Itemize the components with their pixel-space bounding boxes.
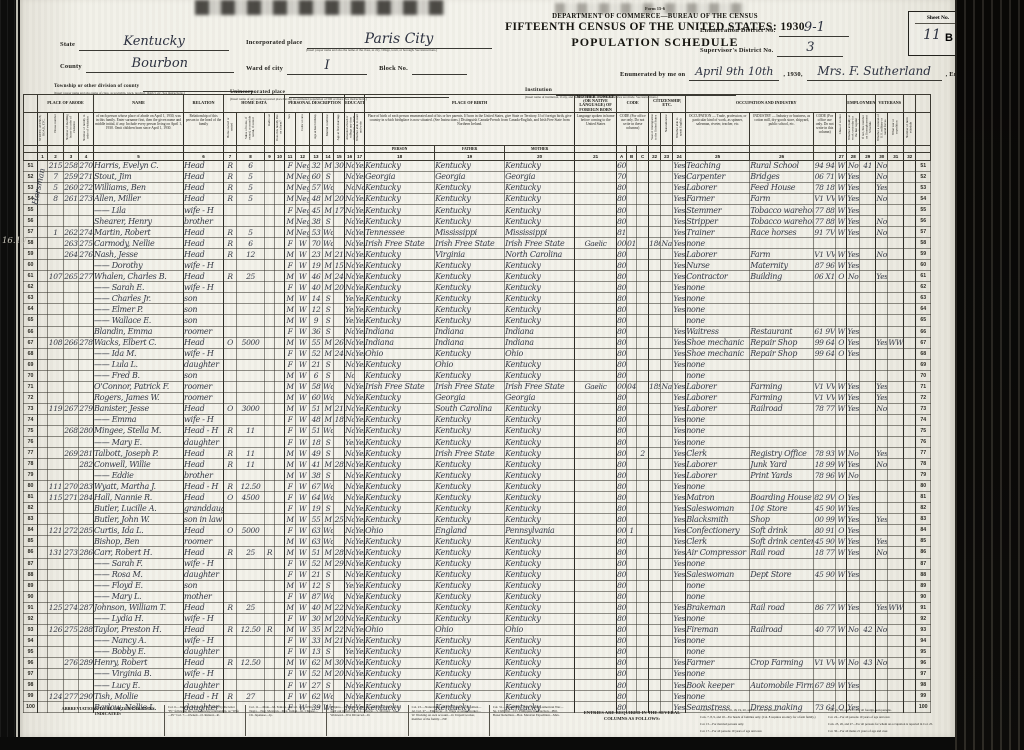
cell-fbp: Irish Free State — [435, 238, 505, 249]
cell-street — [38, 238, 48, 249]
cell-value: 27 — [237, 691, 265, 702]
table-row: 59264276Nash, JesseHeadR12MW23M21NoYesKe… — [24, 249, 931, 260]
cell-house — [48, 558, 64, 569]
cell-farm — [275, 381, 285, 392]
cell-bp: Kentucky — [365, 613, 435, 624]
cell-house: 7 — [48, 171, 64, 182]
cell-naturalization — [661, 503, 673, 514]
entries-column: Cols. 6, 11, 12, 13, 14, 16, 18, 19, 20,… — [700, 705, 822, 736]
cell-school: Yes — [345, 315, 355, 326]
cell-house: 5 — [48, 182, 64, 193]
cell-race: W — [296, 569, 310, 580]
column-number-street: 1 — [38, 152, 48, 160]
cell-sex: M — [285, 547, 296, 558]
cell-tenure — [224, 536, 237, 547]
cell-english: Yes — [673, 216, 686, 227]
cell-code_c: 2 — [637, 448, 649, 459]
cell-fbp: Kentucky — [435, 657, 505, 668]
cell-relation: roomer — [184, 381, 224, 392]
cell-unemp — [860, 613, 876, 624]
cell-school: No — [345, 160, 355, 171]
cell-fbp: Kentucky — [435, 282, 505, 293]
cell-dwelling — [64, 381, 79, 392]
column-sublabel-veteran — [876, 145, 888, 152]
column-sublabel-read_write — [355, 145, 365, 152]
cell-fbp: Kentucky — [435, 271, 505, 282]
cell-fbp: Indiana — [435, 337, 505, 348]
cell-occ_code: 18 77 — [814, 547, 836, 558]
cell-farm_sched — [904, 205, 916, 216]
cell-naturalization — [661, 624, 673, 635]
cell-line_r: 93 — [916, 624, 931, 635]
cell-war — [888, 680, 904, 691]
cell-occ_code — [814, 414, 836, 425]
cell-naturalization — [661, 470, 673, 481]
cell-dwelling — [64, 514, 79, 525]
cell-fbp: Irish Free State — [435, 448, 505, 459]
cell-unemp — [860, 569, 876, 580]
cell-value — [237, 414, 265, 425]
entries-note: Col. 30—For all males 21 years of age an… — [828, 729, 950, 733]
cell-relation: Head - H — [184, 691, 224, 702]
cell-age_married — [334, 470, 345, 481]
cell-code_a: 80 — [617, 271, 627, 282]
cell-occupation: Laborer — [686, 392, 750, 403]
cell-farm — [275, 459, 285, 470]
cell-dwelling — [64, 635, 79, 646]
cell-farm — [275, 205, 285, 216]
cell-line_l: 77 — [24, 448, 38, 459]
cell-race: W — [296, 591, 310, 602]
cell-line_l: 61 — [24, 271, 38, 282]
cell-race: W — [296, 436, 310, 447]
cell-read_write: Yes — [355, 337, 365, 348]
cell-family: 284 — [79, 492, 94, 503]
cell-family — [79, 392, 94, 403]
column-number-worker_class: 27 — [836, 152, 847, 160]
cell-english: Yes — [673, 337, 686, 348]
cell-marital: M — [323, 414, 334, 425]
cell-race: W — [296, 680, 310, 691]
cell-code_c — [637, 326, 649, 337]
cell-code_a: 80 — [617, 492, 627, 503]
cell-code_a: 80 — [617, 304, 627, 315]
cell-radio — [265, 337, 275, 348]
cell-school: No — [345, 425, 355, 436]
cell-farm_sched — [904, 315, 916, 326]
cell-occ_code: 06 71 — [814, 171, 836, 182]
cell-at_work — [847, 580, 860, 591]
cell-relation: Head — [184, 624, 224, 635]
cell-fbp: Kentucky — [435, 514, 505, 525]
cell-farm — [275, 436, 285, 447]
cell-mbp: Kentucky — [505, 635, 575, 646]
cell-line_r: 69 — [916, 359, 931, 370]
cell-english: Yes — [673, 392, 686, 403]
cell-veteran — [876, 668, 888, 679]
cell-line_r: 66 — [916, 326, 931, 337]
cell-value: 5 — [237, 171, 265, 182]
margin-note: D — [959, 228, 967, 240]
cell-mbp: Mississippi — [505, 227, 575, 238]
cell-veteran — [876, 370, 888, 381]
cell-dwelling: 271 — [64, 492, 79, 503]
table-row: 527259271Stout, JimHeadR5MNeg60SNoYesGeo… — [24, 171, 931, 182]
cell-worker_class: W — [836, 326, 847, 337]
cell-veteran — [876, 470, 888, 481]
cell-radio — [265, 646, 275, 657]
cell-race: Neg — [296, 160, 310, 171]
cell-age_married — [334, 646, 345, 657]
cell-code_b: 01 — [627, 238, 637, 249]
column-number-bp: 18 — [365, 152, 435, 160]
cell-code_c — [637, 657, 649, 668]
cell-line_l: 73 — [24, 403, 38, 414]
cell-age_married — [334, 359, 345, 370]
cell-age: 70 — [310, 238, 323, 249]
table-row: 71O'Connor, Patrick F.roomerMW58WdNoYesI… — [24, 381, 931, 392]
cell-street — [38, 646, 48, 657]
cell-code_a: 00 — [617, 238, 627, 249]
cell-tenure: R — [224, 160, 237, 171]
cell-fbp: Kentucky — [435, 193, 505, 204]
cell-value: 5000 — [237, 525, 265, 536]
cell-family: 282 — [79, 459, 94, 470]
cell-occ_code — [814, 282, 836, 293]
cell-name: Mingee, Stella M. — [94, 425, 184, 436]
cell-marital: Wd — [323, 238, 334, 249]
cell-war — [888, 249, 904, 260]
cell-naturalization — [661, 668, 673, 679]
cell-street — [38, 657, 48, 668]
cell-mbp: Irish Free State — [505, 381, 575, 392]
cell-code_c — [637, 503, 649, 514]
cell-value: 4500 — [237, 492, 265, 503]
cell-race: W — [296, 315, 310, 326]
cell-radio — [265, 205, 275, 216]
cell-tongue — [575, 470, 617, 481]
cell-line_r: 61 — [916, 271, 931, 282]
cell-naturalization — [661, 193, 673, 204]
cell-read_write: Yes — [355, 238, 365, 249]
cell-house: 119 — [48, 403, 64, 414]
cell-name: Williams, Ben — [94, 182, 184, 193]
cell-naturalization — [661, 492, 673, 503]
cell-occ_code: 78 96 — [814, 470, 836, 481]
cell-marital: M — [323, 558, 334, 569]
cell-sex: F — [285, 691, 296, 702]
cell-sex: M — [285, 271, 296, 282]
column-desc-house: House number — [48, 112, 64, 145]
cell-relation: wife - H — [184, 613, 224, 624]
cell-radio — [265, 613, 275, 624]
cell-immigration — [649, 680, 661, 691]
cell-race: W — [296, 492, 310, 503]
column-desc-occ_code: CODE (For office use only. Do not write … — [814, 112, 836, 145]
cell-dwelling — [64, 569, 79, 580]
cell-family — [79, 370, 94, 381]
cell-line_l: 68 — [24, 348, 38, 359]
column-group: OCCUPATION AND INDUSTRY — [686, 95, 847, 113]
cell-worker_class — [836, 580, 847, 591]
cell-read_write: Yes — [355, 613, 365, 624]
cell-code_c — [637, 271, 649, 282]
cell-worker_class — [836, 370, 847, 381]
cell-line_l: 60 — [24, 260, 38, 271]
cell-name: Martin, Robert — [94, 227, 184, 238]
cell-street — [38, 282, 48, 293]
cell-tongue — [575, 547, 617, 558]
cell-naturalization — [661, 260, 673, 271]
cell-house: 126 — [48, 624, 64, 635]
cell-name: Talbott, Joseph P. — [94, 448, 184, 459]
cell-veteran — [876, 348, 888, 359]
cell-industry: Rail road — [750, 602, 814, 613]
cell-line_l: 69 — [24, 359, 38, 370]
column-sublabel-line_r — [916, 145, 931, 152]
cell-radio — [265, 160, 275, 171]
cell-dwelling — [64, 436, 79, 447]
cell-bp: Kentucky — [365, 492, 435, 503]
cell-dwelling — [64, 293, 79, 304]
cell-name: Carr, Robert H. — [94, 547, 184, 558]
cell-occupation: Saleswoman — [686, 503, 750, 514]
cell-line_r: 53 — [916, 182, 931, 193]
cell-mbp: Kentucky — [505, 691, 575, 702]
cell-radio — [265, 635, 275, 646]
cell-english: Yes — [673, 657, 686, 668]
cell-age: 14 — [310, 293, 323, 304]
cell-occupation: Confectionery — [686, 525, 750, 536]
cell-occ_code — [814, 691, 836, 702]
cell-read_write: Yes — [355, 470, 365, 481]
cell-marital: Wd — [323, 691, 334, 702]
cell-immigration — [649, 481, 661, 492]
cell-name: —— Sarah E. — [94, 282, 184, 293]
cell-relation: Head — [184, 249, 224, 260]
cell-code_c — [637, 492, 649, 503]
cell-radio — [265, 370, 275, 381]
cell-immigration — [649, 547, 661, 558]
cell-mbp: North Carolina — [505, 249, 575, 260]
column-desc-war: What war or expedition — [888, 112, 904, 145]
cell-name: Allen, Miller — [94, 193, 184, 204]
table-row: 65—— Wallace E.sonMW9SYesYesKentuckyKent… — [24, 315, 931, 326]
cell-english: Yes — [673, 436, 686, 447]
cell-code_a: 00 — [617, 381, 627, 392]
cell-sex: M — [285, 227, 296, 238]
cell-bp: Kentucky — [365, 481, 435, 492]
cell-radio — [265, 304, 275, 315]
cell-mbp: Kentucky — [505, 492, 575, 503]
table-row: 81115271284Hall, Nannie R.HeadO4500FW64W… — [24, 492, 931, 503]
column-sublabel-immigration — [649, 145, 661, 152]
cell-sex: F — [285, 359, 296, 370]
supervisor-district-label: Supervisor's District No. — [700, 47, 773, 54]
cell-family — [79, 668, 94, 679]
cell-occupation: Air Compressor — [686, 547, 750, 558]
cell-bp: Kentucky — [365, 260, 435, 271]
cell-house — [48, 414, 64, 425]
cell-war — [888, 481, 904, 492]
column-number-family: 4 — [79, 152, 94, 160]
cell-marital: S — [323, 680, 334, 691]
cell-code_b — [627, 216, 637, 227]
cell-code_b — [627, 227, 637, 238]
cell-school: Yes — [345, 580, 355, 591]
cell-sex: F — [285, 348, 296, 359]
cell-veteran — [876, 635, 888, 646]
cell-mbp: Kentucky — [505, 414, 575, 425]
cell-farm — [275, 414, 285, 425]
cell-marital: M — [323, 260, 334, 271]
cell-radio — [265, 216, 275, 227]
cell-occupation: Laborer — [686, 459, 750, 470]
cell-family: 289 — [79, 657, 94, 668]
cell-street — [38, 680, 48, 691]
cell-worker_class — [836, 293, 847, 304]
cell-farm_sched — [904, 337, 916, 348]
cell-mbp: Kentucky — [505, 558, 575, 569]
table-row: 61107265277Whalen, Charles B.HeadR25MW46… — [24, 271, 931, 282]
cell-mbp: Kentucky — [505, 470, 575, 481]
cell-race: Neg — [296, 227, 310, 238]
cell-value — [237, 514, 265, 525]
cell-age: 41 — [310, 459, 323, 470]
column-number-fbp: 19 — [435, 152, 505, 160]
cell-war — [888, 547, 904, 558]
cell-code_a: 81 — [617, 227, 627, 238]
cell-read_write: Yes — [355, 216, 365, 227]
cell-farm — [275, 613, 285, 624]
cell-street — [38, 425, 48, 436]
table-row: 571262274Martin, RobertHeadR5MNeg53WdNoY… — [24, 227, 931, 238]
column-sublabel-farm — [275, 145, 285, 152]
cell-fbp: Georgia — [435, 171, 505, 182]
cell-bp: Indiana — [365, 326, 435, 337]
cell-naturalization — [661, 525, 673, 536]
cell-tenure — [224, 613, 237, 624]
cell-mbp: Kentucky — [505, 613, 575, 624]
entries-note: Cols. 21, 22, and 23—For all foreign-bor… — [828, 708, 950, 712]
cell-tenure: O — [224, 492, 237, 503]
incorporated-value: Paris City — [365, 31, 434, 47]
cell-farm — [275, 337, 285, 348]
cell-race: W — [296, 392, 310, 403]
cell-farm — [275, 315, 285, 326]
cell-age: 63 — [310, 525, 323, 536]
cell-age: 67 — [310, 481, 323, 492]
cell-english: Yes — [673, 602, 686, 613]
cell-marital: Wd — [323, 381, 334, 392]
cell-code_c — [637, 459, 649, 470]
cell-name: Butler, Lucille A. — [94, 503, 184, 514]
cell-name: —— Lydia H. — [94, 613, 184, 624]
cell-age_married — [334, 238, 345, 249]
cell-name: Blandin, Emma — [94, 326, 184, 337]
cell-tongue — [575, 193, 617, 204]
cell-line_r: 54 — [916, 193, 931, 204]
cell-tongue — [575, 646, 617, 657]
cell-tenure — [224, 315, 237, 326]
cell-industry — [750, 481, 814, 492]
cell-age_married — [334, 448, 345, 459]
cell-radio — [265, 436, 275, 447]
cell-age: 46 — [310, 271, 323, 282]
cell-at_work: Yes — [847, 205, 860, 216]
cell-naturalization — [661, 182, 673, 193]
cell-naturalization — [661, 646, 673, 657]
column-group — [24, 95, 38, 113]
cell-immigration — [649, 536, 661, 547]
cell-bp: Kentucky — [365, 392, 435, 403]
supervisor-district-field: Supervisor's District No. 3 — [700, 38, 843, 57]
cell-war — [888, 160, 904, 171]
cell-occupation: Laborer — [686, 403, 750, 414]
cell-radio — [265, 381, 275, 392]
cell-fbp: Kentucky — [435, 668, 505, 679]
cell-dwelling: 266 — [64, 337, 79, 348]
cell-race: W — [296, 558, 310, 569]
table-row: 99124277290Tish, MollieHead - HR27FW62Wd… — [24, 691, 931, 702]
cell-marital: S — [323, 304, 334, 315]
cell-dwelling — [64, 348, 79, 359]
cell-bp: Kentucky — [365, 282, 435, 293]
cell-name: —— Mary L. — [94, 591, 184, 602]
column-desc-age: Age at last birthday — [310, 112, 323, 145]
cell-war — [888, 591, 904, 602]
cell-house: 115 — [48, 492, 64, 503]
column-sublabel-tongue — [575, 145, 617, 152]
cell-marital: M — [323, 547, 334, 558]
cell-mbp: Kentucky — [505, 591, 575, 602]
cell-industry — [750, 580, 814, 591]
cell-bp: Kentucky — [365, 668, 435, 679]
cell-mbp: Georgia — [505, 171, 575, 182]
cell-occupation: Farmer — [686, 657, 750, 668]
cell-fbp: Kentucky — [435, 436, 505, 447]
cell-bp: Kentucky — [365, 304, 435, 315]
cell-race: W — [296, 602, 310, 613]
cell-race: W — [296, 425, 310, 436]
cell-farm_sched — [904, 691, 916, 702]
cell-marital: Wd — [323, 492, 334, 503]
cell-family — [79, 260, 94, 271]
cell-unemp — [860, 436, 876, 447]
cell-marital: M — [323, 624, 334, 635]
cell-name: —— Rosa M. — [94, 569, 184, 580]
cell-marital: M — [323, 635, 334, 646]
cell-farm_sched — [904, 492, 916, 503]
cell-code_a: 80 — [617, 182, 627, 193]
cell-naturalization — [661, 304, 673, 315]
cell-name: —— Lula L. — [94, 359, 184, 370]
cell-mbp: Kentucky — [505, 448, 575, 459]
cell-war — [888, 260, 904, 271]
cell-code_c — [637, 205, 649, 216]
cell-relation: Head — [184, 337, 224, 348]
cell-naturalization — [661, 326, 673, 337]
cell-value — [237, 392, 265, 403]
column-sublabel-occ_code — [814, 145, 836, 152]
cell-name: Nash, Jesse — [94, 249, 184, 260]
cell-school: No — [345, 348, 355, 359]
cell-naturalization — [661, 227, 673, 238]
abbreviation-note: Col. 23.—Naturalized—Na. First papers—Pa… — [408, 705, 483, 736]
cell-house — [48, 370, 64, 381]
cell-race: W — [296, 403, 310, 414]
cell-tenure: R — [224, 459, 237, 470]
